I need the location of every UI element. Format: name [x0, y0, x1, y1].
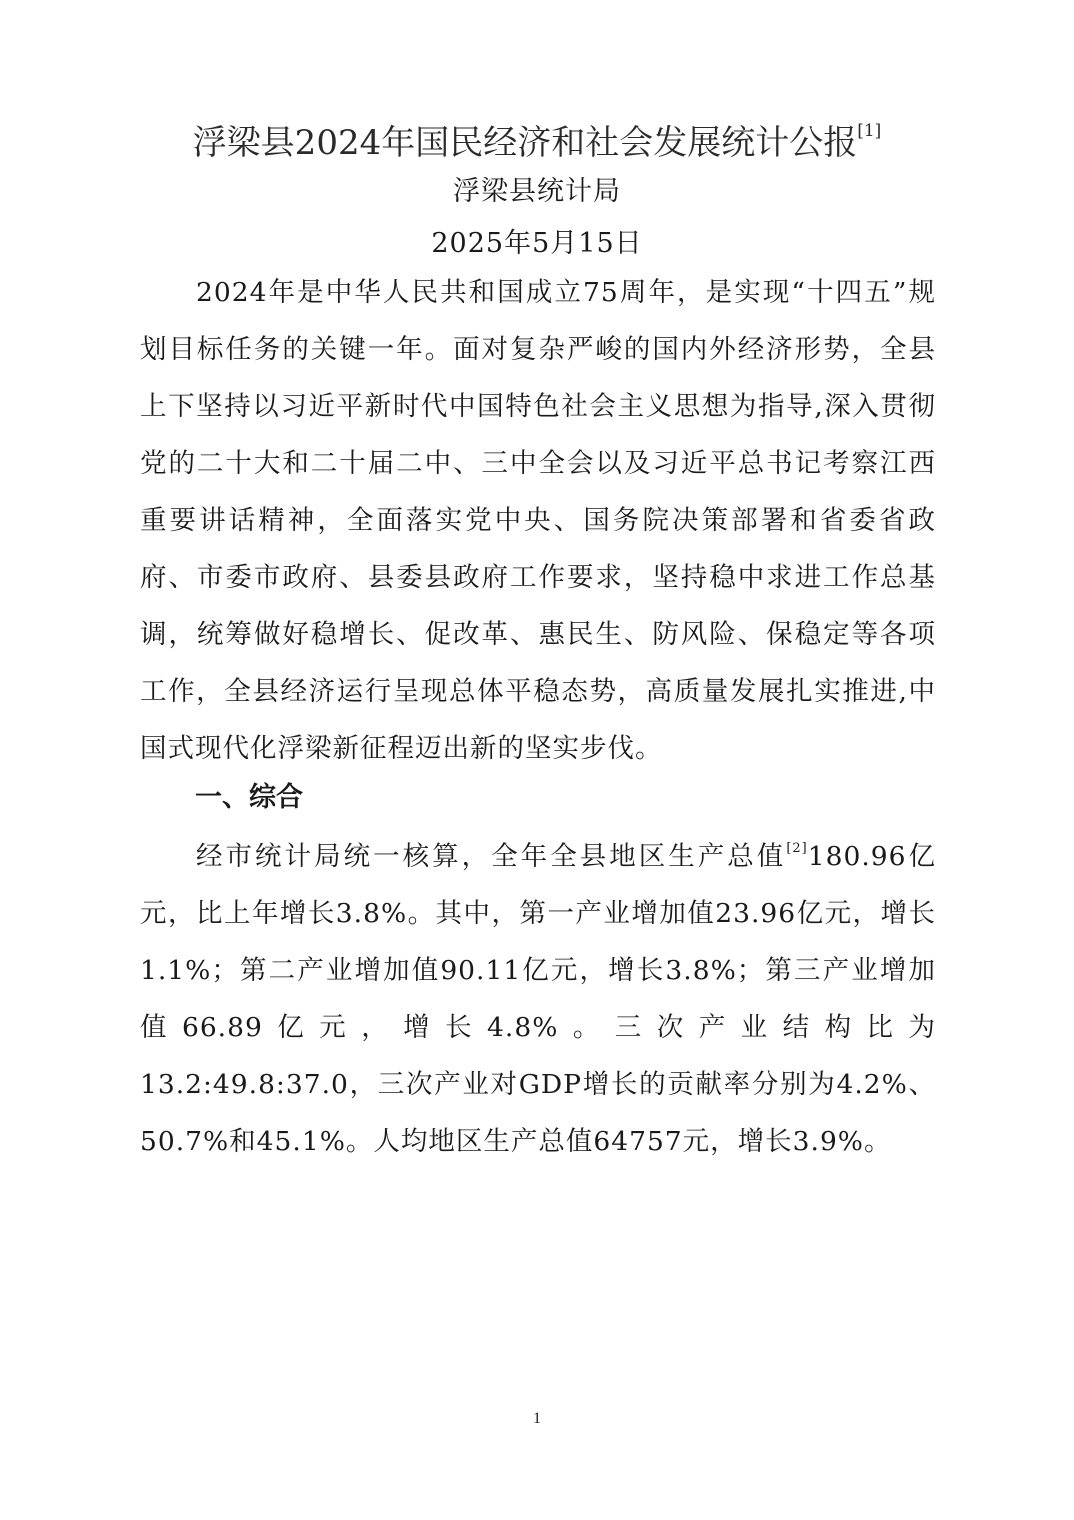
gdp-footnote-ref[interactable]: [2] — [786, 841, 807, 856]
overview-text-part2: 180.96亿元，比上年增长3.8%。其中，第一产业增加值23.96亿元，增长1… — [140, 841, 936, 1157]
title-text: 浮梁县2024年国民经济和社会发展统计公报 — [193, 123, 858, 163]
document-author: 浮梁县统计局 — [0, 170, 1074, 214]
section-heading-overview: 一、综合 — [195, 773, 303, 823]
overview-text-part1: 经市统计局统一核算，全年全县地区生产总值 — [196, 841, 786, 872]
document-page: 浮梁县2024年国民经济和社会发展统计公报[1] 浮梁县统计局 2025年5月1… — [0, 0, 1074, 1520]
overview-paragraph: 经市统计局统一核算，全年全县地区生产总值[2]180.96亿元，比上年增长3.8… — [140, 828, 936, 1170]
intro-paragraph: 2024年是中华人民共和国成立75周年，是实现“十四五”规划目标任务的关键一年。… — [140, 264, 936, 777]
document-date: 2025年5月15日 — [0, 222, 1074, 266]
title-footnote-ref[interactable]: [1] — [857, 121, 881, 141]
page-number: 1 — [0, 1410, 1074, 1428]
document-title: 浮梁县2024年国民经济和社会发展统计公报[1] — [0, 118, 1074, 168]
